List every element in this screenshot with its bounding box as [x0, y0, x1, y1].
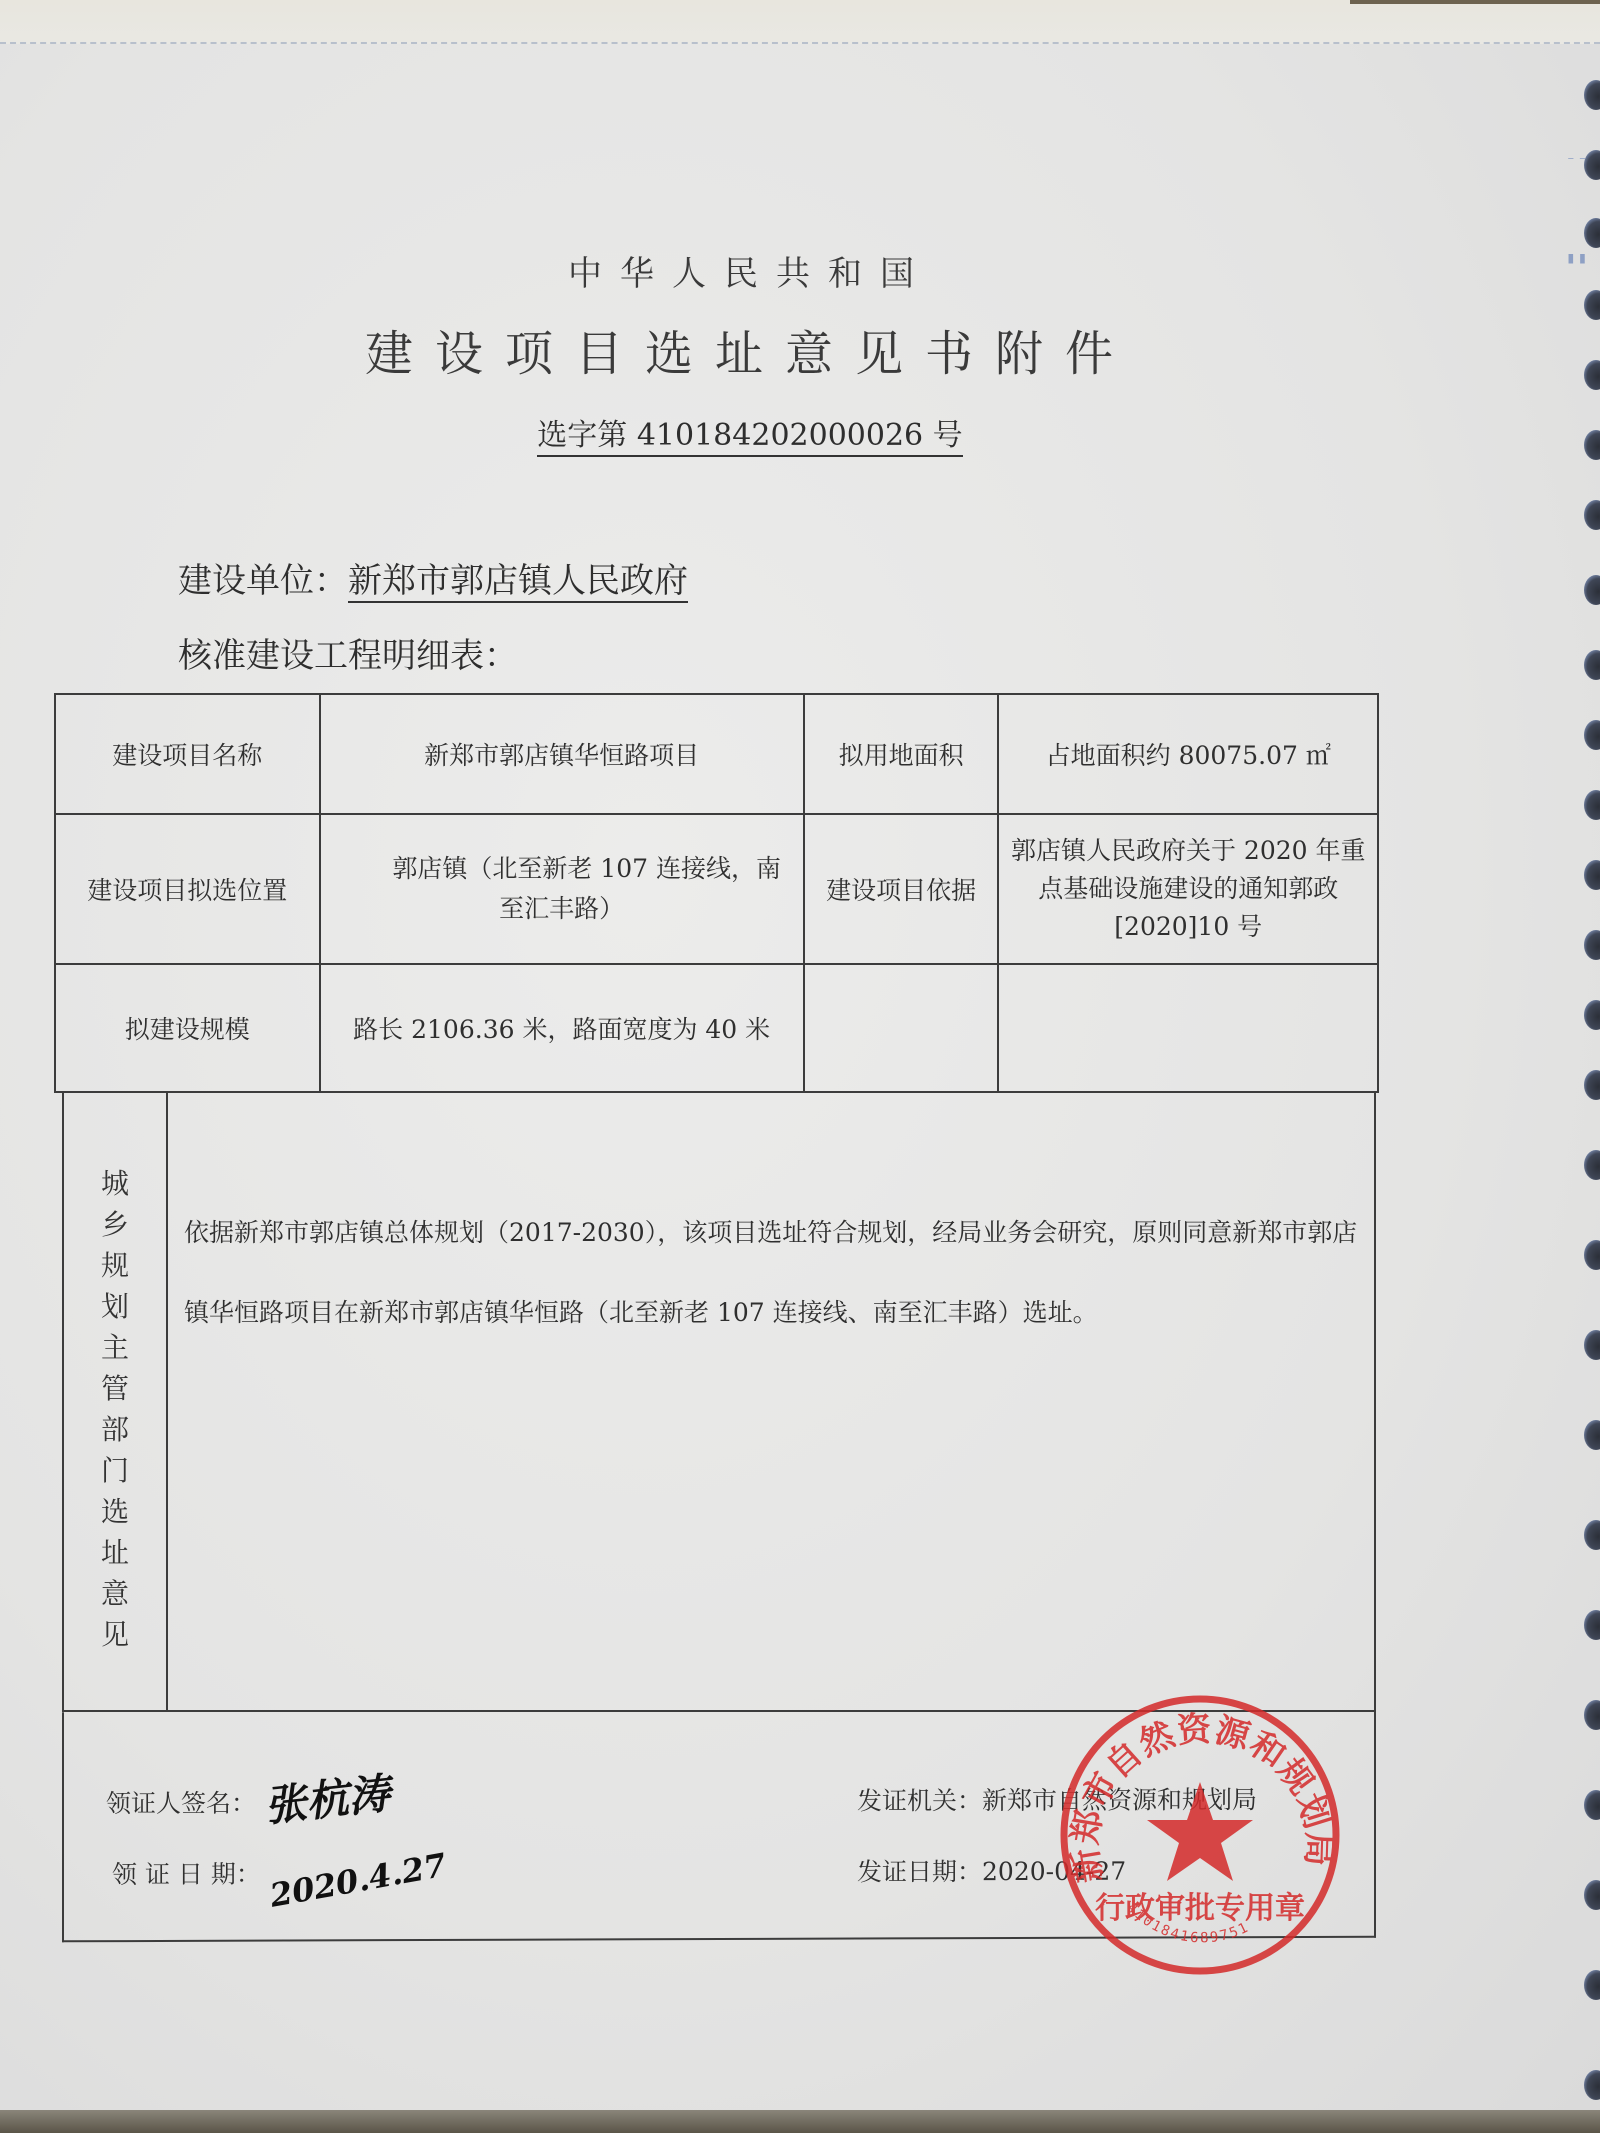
cell-value: 路长 2106.36 米，路面宽度为 40 米: [320, 964, 804, 1092]
cell-value: 郭店镇（北至新老 107 连接线，南至汇丰路）: [320, 814, 804, 964]
background-bottom-edge: [0, 2110, 1600, 2133]
document-title: 建设项目选址意见书附件: [0, 315, 1500, 384]
cell-value: 新郑市郭店镇华恒路项目: [320, 694, 804, 814]
opinion-label-char: 城: [101, 1163, 129, 1204]
table-row: 建设项目名称 新郑市郭店镇华恒路项目 拟用地面积 占地面积约 80075.07 …: [55, 694, 1378, 814]
cell-value: 占地面积约 80075.07 ㎡: [998, 694, 1378, 814]
cell-value: [998, 964, 1378, 1092]
construction-unit: 建设单位：新郑市郭店镇人民政府: [178, 553, 688, 602]
opinion-label-char: 主: [101, 1327, 129, 1368]
background-top-strip: [0, 0, 1600, 44]
planning-opinion-label: 城乡规划主管部门选址意见: [64, 1093, 168, 1710]
project-detail-table: 建设项目名称 新郑市郭店镇华恒路项目 拟用地面积 占地面积约 80075.07 …: [54, 693, 1379, 1093]
opinion-label-char: 选: [101, 1491, 129, 1532]
cell-label: [804, 964, 999, 1092]
recipient-signature: 张杭涛: [261, 1761, 393, 1834]
document-number: 选字第 410184202000026 号: [0, 410, 1500, 454]
opinion-label-char: 部: [101, 1409, 129, 1450]
opinion-label-char: 规: [101, 1245, 129, 1286]
opinion-label-char: 意: [101, 1573, 129, 1614]
construction-unit-value: 新郑市郭店镇人民政府: [348, 561, 688, 603]
table-row: 拟建设规模 路长 2106.36 米，路面宽度为 40 米: [55, 964, 1378, 1092]
country-heading: 中华人民共和国: [0, 246, 1500, 295]
opinion-label-char: 划: [101, 1286, 129, 1327]
receive-date-handwritten: 2020.4.27: [267, 1846, 449, 1915]
construction-unit-label: 建设单位：: [178, 561, 348, 601]
opinion-label-char: 址: [101, 1532, 129, 1573]
opinion-label-char: 管: [101, 1368, 129, 1409]
tractor-feed-holes: ⁻⁻ ▮▮: [1570, 0, 1600, 2133]
planning-opinion-text: 依据新郑市郭店镇总体规划（2017-2030），该项目选址符合规划，经局业务会研…: [184, 1193, 1364, 1353]
cell-label: 建设项目拟选位置: [55, 814, 320, 964]
recipient-sign-label: 领证人签名：: [106, 1784, 256, 1821]
perforation-line: [0, 42, 1600, 44]
table-row: 建设项目拟选位置 郭店镇（北至新老 107 连接线，南至汇丰路） 建设项目依据 …: [55, 814, 1378, 964]
cell-value: 郭店镇人民政府关于 2020 年重点基础设施建设的通知郭政[2020]10 号: [998, 814, 1378, 964]
issuer-label: 发证机关：: [857, 1786, 982, 1815]
detail-table-label: 核准建设工程明细表：: [178, 628, 518, 677]
cell-label: 拟建设规模: [55, 964, 320, 1092]
cell-label: 建设项目依据: [804, 814, 999, 964]
issue-date-label: 发证日期：: [857, 1857, 982, 1886]
opinion-label-char: 乡: [101, 1204, 129, 1245]
receive-date-label: 领 证 日 期：: [112, 1855, 261, 1892]
cell-label: 拟用地面积: [804, 694, 999, 814]
cell-label: 建设项目名称: [55, 694, 320, 814]
official-seal-icon: 新郑市自然资源和规划局 行政审批专用章 4101841689751: [1055, 1690, 1345, 1980]
opinion-label-char: 门: [101, 1450, 129, 1491]
planning-opinion-section: 城乡规划主管部门选址意见 依据新郑市郭店镇总体规划（2017-2030），该项目…: [62, 1093, 1376, 1712]
opinion-label-char: 见: [101, 1614, 129, 1655]
